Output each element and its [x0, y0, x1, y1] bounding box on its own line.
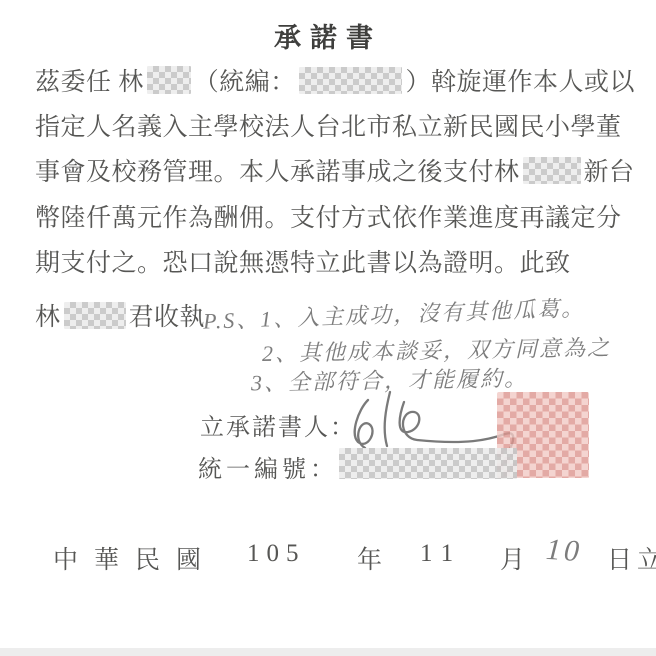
body-line-3-text-pre: 事會及校務管理。本人承諾事成之後支付林: [35, 152, 520, 188]
body-line-6-text-pre: 林: [35, 297, 61, 333]
redacted-name-pixelation: [523, 157, 581, 184]
body-line-1-text-mid: （統編：: [194, 62, 296, 98]
date-year-unit: 年: [357, 540, 382, 576]
redacted-uid-pixelation: [339, 448, 517, 479]
body-line-4: 幣陸仟萬元作為酬佣。支付方式依作業進度再議定分: [35, 198, 635, 234]
body-line-5: 期支付之。恐口說無憑特立此書以為證明。此致: [35, 243, 635, 279]
date-suffix: 日立: [607, 540, 656, 576]
body-line-1-text-pre: 茲委任 林: [35, 62, 144, 98]
scan-edge-strip: [0, 648, 656, 656]
document-title: 承諾書: [0, 16, 656, 55]
body-line-6-text-post: 君收執: [129, 297, 206, 333]
uid-label: 統一編號：: [198, 449, 338, 484]
body-line-2: 指定人名義入主學校法人台北市私立新民國民小學董: [35, 107, 635, 143]
date-year: 105: [247, 540, 306, 568]
date-day-handwritten: 10: [545, 533, 583, 569]
redacted-name-pixelation: [64, 302, 126, 329]
signer-label: 立承諾書人：: [200, 407, 356, 442]
date-month-unit: 月: [500, 540, 525, 576]
body-line-3: 事會及校務管理。本人承諾事成之後支付林 新台: [35, 152, 635, 188]
redacted-name-pixelation: [147, 66, 191, 94]
body-line-3-text-post: 新台: [584, 152, 635, 188]
date-month: 11: [420, 540, 462, 568]
body-line-1: 茲委任 林 （統編： ）斡旋運作本人或以: [35, 62, 635, 98]
redacted-tax-id-pixelation: [299, 67, 403, 94]
body-line-1-text-post: ）斡旋運作本人或以: [405, 62, 635, 98]
date-era: 中華民國: [53, 540, 217, 576]
scanned-commitment-letter: 承諾書 茲委任 林 （統編： ）斡旋運作本人或以 指定人名義入主學校法人台北市私…: [0, 0, 656, 656]
